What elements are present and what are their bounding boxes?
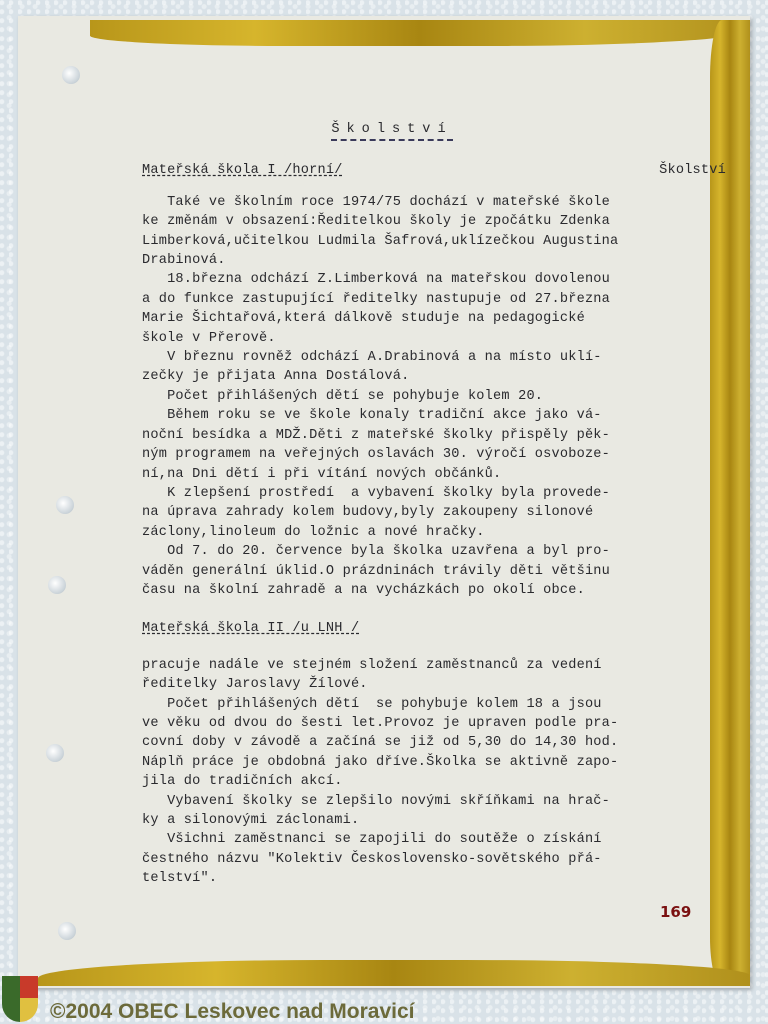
page-number: 169 xyxy=(660,903,691,921)
text-line: zečky je přijata Anna Dostálová. xyxy=(142,367,702,386)
side-label: Školství xyxy=(659,161,726,180)
text-line: Počet přihlášených dětí se pohybuje kole… xyxy=(142,695,702,714)
section-heading-1: Mateřská škola I /horní/ xyxy=(142,161,343,180)
text-line: Drabinová. xyxy=(142,251,702,270)
text-line: Vybavení školky se zlepšilo novými skříň… xyxy=(142,792,702,811)
punch-hole xyxy=(46,744,64,762)
punch-hole xyxy=(48,576,66,594)
text-line: ve věku od dvou do šesti let.Provoz je u… xyxy=(142,714,702,733)
punch-hole xyxy=(62,66,80,84)
copyright-text: ©2004 OBEC Leskovec nad Moravicí xyxy=(50,1000,414,1024)
section-1-text: Také ve školním roce 1974/75 dochází v m… xyxy=(142,193,702,601)
text-line: Náplň práce je obdobná jako dříve.Školka… xyxy=(142,753,702,772)
text-line: telství". xyxy=(142,869,702,888)
section-heading-2: Mateřská škola II /u LNH / xyxy=(142,621,359,636)
text-line: a do funkce zastupující ředitelky nastup… xyxy=(142,290,702,309)
text-line: škole v Přerově. xyxy=(142,329,702,348)
document-body: Školství Mateřská škola I /horní/ Školst… xyxy=(142,120,702,889)
text-line: K zlepšení prostředí a vybavení školky b… xyxy=(142,484,702,503)
punch-hole xyxy=(58,922,76,940)
text-line: ky a silonovými záclonami. xyxy=(142,811,702,830)
coat-of-arms-icon xyxy=(2,976,38,1022)
text-line: Během roku se ve škole konaly tradiční a… xyxy=(142,406,702,425)
text-line: Limberková,učitelkou Ludmila Šafrová,ukl… xyxy=(142,232,702,251)
punch-hole xyxy=(56,496,74,514)
text-line: záclony,linoleum do ložnic a nové hračky… xyxy=(142,523,702,542)
text-line: ným programem na veřejných oslavách 30. … xyxy=(142,445,702,464)
document-title: Školství xyxy=(82,120,702,139)
footer: ©2004 OBEC Leskovec nad Moravicí xyxy=(0,972,768,1024)
text-line: V březnu rovněž odchází A.Drabinová a na… xyxy=(142,348,702,367)
text-line: covní doby v závodě a začíná se již od 5… xyxy=(142,733,702,752)
text-line: 18.března odchází Z.Limberková na mateřs… xyxy=(142,270,702,289)
text-line: ředitelky Jaroslavy Žílové. xyxy=(142,675,702,694)
gold-border-top xyxy=(90,20,750,46)
text-line: Všichni zaměstnanci se zapojili do soutě… xyxy=(142,830,702,849)
text-line: Marie Šichtařová,která dálkově studuje n… xyxy=(142,309,702,328)
section-2-text: pracuje nadále ve stejném složení zaměst… xyxy=(142,656,702,889)
text-line: jila do tradičních akcí. xyxy=(142,772,702,791)
text-line: Počet přihlášených dětí se pohybuje kole… xyxy=(142,387,702,406)
text-line: ní,na Dni dětí i při vítání nových občán… xyxy=(142,465,702,484)
text-line: ke změnám v obsazení:Ředitelkou školy je… xyxy=(142,212,702,231)
text-line: času na školní zahradě a na vycházkách p… xyxy=(142,581,702,600)
text-line: Od 7. do 20. července byla školka uzavře… xyxy=(142,542,702,561)
text-line: pracuje nadále ve stejném složení zaměst… xyxy=(142,656,702,675)
text-line: na úprava zahrady kolem budovy,byly zako… xyxy=(142,503,702,522)
text-line: čestného názvu "Kolektiv Československo-… xyxy=(142,850,702,869)
text-line: noční besídka a MDŽ.Děti z mateřské škol… xyxy=(142,426,702,445)
text-line: váděn generální úklid.O prázdninách tráv… xyxy=(142,562,702,581)
text-line: Také ve školním roce 1974/75 dochází v m… xyxy=(142,193,702,212)
